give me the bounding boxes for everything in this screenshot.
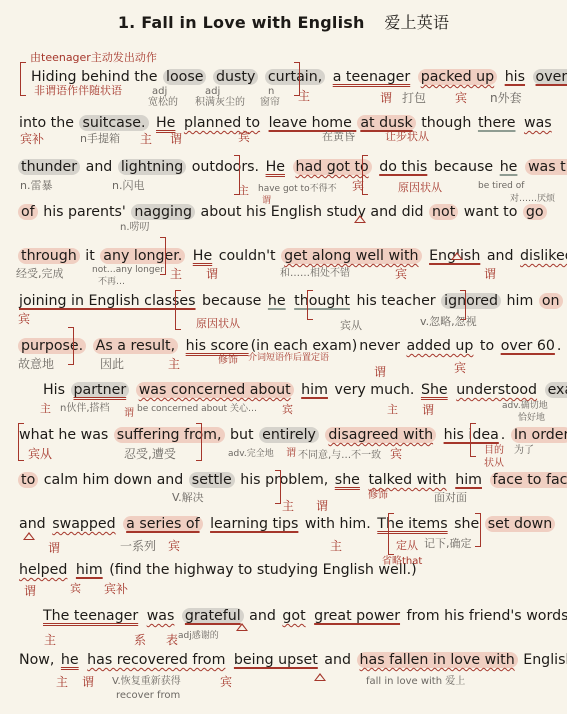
annotation: n.雷暴 [20, 180, 52, 192]
text-segment: Now, [18, 652, 60, 668]
annotation: 定从 [396, 540, 418, 552]
annotation: be tired of [478, 180, 524, 192]
marked-phrase: was [146, 608, 176, 624]
annotation: 省略that [382, 556, 422, 568]
sentence-line: of his parents' nagging about his Englis… [18, 202, 547, 222]
annotation: 故意地 [18, 358, 54, 370]
bracket-left [470, 423, 476, 457]
annotation: 宾 [282, 404, 293, 416]
bracket-right [275, 470, 281, 504]
marked-phrase: suitcase. [79, 115, 148, 131]
text-segment: (find the highway to studying English we… [104, 562, 418, 578]
marked-phrase: He [155, 115, 176, 131]
annotation: 主 [387, 404, 398, 416]
sentence-line: The teenager was grateful and got great … [42, 606, 567, 626]
annotation: 宾从 [340, 320, 362, 332]
annotation: 谓 [316, 500, 328, 512]
text-segment [286, 159, 293, 175]
annotation: 窗帘 [260, 97, 280, 109]
marked-phrase: of [18, 204, 38, 220]
marked-phrase: nagging [131, 204, 195, 220]
annotation: adj感谢的 [178, 630, 219, 642]
annotation: n外套 [490, 92, 522, 104]
marked-phrase: over 60 [500, 338, 556, 354]
annotation: 主 [168, 358, 180, 370]
marked-phrase: any longer. [100, 248, 185, 264]
text-segment [411, 69, 418, 85]
marked-phrase: grateful [182, 608, 244, 624]
marked-phrase: helped [18, 562, 68, 578]
marked-phrase: go [523, 204, 547, 220]
text-segment [325, 69, 332, 85]
marked-phrase: his [504, 69, 526, 85]
marked-phrase: suffering from, [114, 427, 225, 443]
annotation: 宾 [395, 268, 407, 280]
annotation: 谓 [422, 404, 434, 416]
marked-phrase: being upset [233, 652, 319, 668]
text-segment: his teacher [351, 293, 441, 309]
bracket-right [68, 327, 74, 365]
annotation: 宾从 [28, 448, 52, 460]
marked-phrase: he [60, 652, 80, 668]
annotation: 宾 [454, 362, 466, 374]
annotation: 恰好地 [518, 412, 545, 424]
text-segment: to [474, 338, 499, 354]
text-segment [129, 382, 136, 398]
annotation: 谓 [286, 448, 296, 460]
text-segment [68, 562, 75, 578]
sentence-line: through it any longer. He couldn't get a… [18, 246, 567, 266]
annotation: 面对面 [434, 492, 467, 504]
title-number: 1. [118, 13, 136, 32]
marked-phrase: got [281, 608, 306, 624]
annotation: n手提箱 [80, 133, 120, 145]
annotation: 非谓语作伴随状语 [34, 85, 122, 97]
annotation: 宾 [238, 131, 250, 143]
marked-phrase: set down [485, 516, 555, 532]
text-segment: and [80, 159, 118, 175]
text-segment [436, 427, 443, 443]
annotation: 主 [298, 90, 310, 102]
annotation: 谓 [48, 542, 60, 554]
marked-phrase: get along well with [281, 248, 421, 264]
annotation: n伙伴,搭档 [60, 403, 110, 415]
marked-phrase: ignored [441, 293, 501, 309]
text-segment: outdoors. [186, 159, 264, 175]
annotation: 不同意,与…不一致 [298, 450, 381, 462]
annotation: adv.完全地 [228, 448, 274, 460]
sentence-line: joining in English classes because he th… [18, 291, 563, 311]
marked-phrase: through [18, 248, 80, 264]
annotation: 原因状从 [196, 318, 240, 330]
bracket-left [388, 513, 394, 555]
marked-phrase: talked with [367, 472, 447, 488]
annotation: 谓 [262, 195, 271, 207]
annotation: 宽松的 [148, 97, 178, 109]
marked-phrase: swapped [51, 516, 116, 532]
sentence-line: His partner was concerned about him very… [42, 380, 567, 400]
bracket-left [20, 62, 26, 96]
annotation: 系 [134, 634, 146, 646]
annotation: 不再… [98, 276, 125, 288]
annotation: 一系列 [120, 540, 156, 552]
annotation: 宾补 [20, 133, 44, 145]
text-segment: calm him down and [38, 472, 189, 488]
annotation: 谓 [124, 408, 134, 420]
marked-phrase: loose [163, 69, 206, 85]
text-segment [261, 115, 268, 131]
text-segment: but [225, 427, 260, 443]
text-segment: . [500, 427, 511, 443]
marked-phrase: has recovered from [86, 652, 226, 668]
annotation: V.解决 [172, 492, 204, 504]
marked-phrase: added up [405, 338, 474, 354]
annotation: 记下,确定 [424, 538, 472, 550]
marked-phrase: dusty [213, 69, 258, 85]
title-chinese: 爱上英语 [384, 13, 449, 32]
annotation: 忍受,遭受 [124, 448, 176, 460]
annotation: 宾 [455, 92, 467, 104]
marked-phrase: face to face [490, 472, 567, 488]
marked-phrase: learning tips [209, 516, 299, 532]
marked-phrase: to [18, 472, 38, 488]
marked-phrase: a teenager [332, 69, 411, 85]
marked-phrase: at dusk [357, 115, 415, 131]
marked-phrase: not [429, 204, 458, 220]
text-segment: with him. [299, 516, 376, 532]
annotation: n.闪电 [112, 180, 144, 192]
text-segment: couldn't [213, 248, 281, 264]
text-segment: though [416, 115, 477, 131]
text-segment: want to [458, 204, 523, 220]
sentence-line: into the suitcase. He planned to leave h… [18, 113, 553, 133]
annotation: 谓 [380, 92, 392, 104]
annotation: 主 [330, 540, 342, 552]
annotation: 主 [40, 403, 51, 415]
text-segment: his problem, [235, 472, 334, 488]
text-segment: and [481, 248, 519, 264]
bracket-left [307, 290, 313, 320]
marked-phrase: In order [511, 427, 567, 443]
marked-phrase: do this [378, 159, 428, 175]
text-segment: His [42, 382, 71, 398]
annotation: 宾补 [104, 583, 128, 595]
marked-phrase: disliked [519, 248, 567, 264]
text-segment: and [319, 652, 357, 668]
annotation: 宾 [220, 676, 232, 688]
annotation: 主 [44, 634, 56, 646]
marked-phrase: He [265, 159, 286, 175]
marked-phrase: planned to [183, 115, 261, 131]
annotation: 谓 [374, 366, 386, 378]
text-segment [175, 608, 182, 624]
annotation: 谓 [206, 268, 218, 280]
text-segment: Hiding behind the [30, 69, 163, 85]
annotation: 经受,完成 [16, 268, 64, 280]
marked-phrase: He [192, 248, 213, 264]
marked-phrase: overcoat [533, 69, 567, 85]
marked-phrase: exactly [545, 382, 567, 398]
text-segment [86, 338, 93, 354]
text-segment [258, 69, 265, 85]
annotation: n.唠叨 [120, 222, 150, 234]
sentence-line: thunder and lightning outdoors. He had g… [18, 157, 567, 177]
marked-phrase: him [300, 382, 329, 398]
marked-phrase: him [454, 472, 483, 488]
annotation: 目的 [484, 445, 504, 457]
annotation: not…any longer [92, 264, 164, 276]
text-segment: about his English study and did [195, 204, 429, 220]
marked-phrase: he [499, 159, 519, 175]
marked-phrase: understood [455, 382, 538, 398]
annotation: 为了 [514, 445, 534, 457]
marked-phrase: was tired [525, 159, 567, 175]
annotation: 主 [238, 185, 249, 197]
marked-phrase: entirely [259, 427, 319, 443]
text-segment: because [428, 159, 498, 175]
annotation: 谓 [484, 268, 496, 280]
annotation: v.忽略,忽视 [420, 316, 477, 328]
marked-phrase: was [523, 115, 553, 131]
annotation: 在黄昏 [322, 131, 355, 143]
annotation: 表 [166, 634, 178, 646]
text-segment: it [80, 248, 101, 264]
annotation: 主 [170, 268, 182, 280]
marked-phrase: settle [189, 472, 235, 488]
annotation: 主 [282, 500, 294, 512]
annotation: recover from [116, 690, 180, 702]
text-segment [139, 608, 146, 624]
sentence-line: helped him (find the highway to studying… [18, 560, 418, 580]
annotation: have got to不得不 [258, 183, 337, 195]
marked-phrase: The teenager [42, 608, 139, 624]
marked-phrase: partner [71, 382, 130, 398]
marked-phrase: thunder [18, 159, 80, 175]
annotation: fall in love with 爱上 [366, 676, 465, 688]
marked-phrase: was concerned about [136, 382, 294, 398]
annotation: 和……相处不错 [280, 268, 350, 280]
conjunction-triangle-icon [354, 215, 366, 223]
annotation: 谓 [24, 585, 36, 597]
text-segment: his parents' [38, 204, 132, 220]
text-segment: and [18, 516, 51, 532]
annotation: 打包 [402, 92, 426, 104]
bracket-right [475, 513, 481, 547]
text-segment [178, 338, 185, 354]
marked-phrase: he [267, 293, 287, 309]
marked-phrase: packed up [418, 69, 497, 85]
annotation: adv.确切地 [502, 400, 548, 412]
text-segment: and [244, 608, 282, 624]
marked-phrase: lightning [118, 159, 186, 175]
conjunction-triangle-icon [236, 623, 248, 631]
annotation: 介词短语作后置定语 [248, 352, 329, 364]
annotation: 谓 [82, 676, 94, 688]
text-segment: very much. [329, 382, 420, 398]
text-segment: into the [18, 115, 79, 131]
annotation: V.恢复重新获得 [112, 676, 181, 688]
text-segment [497, 69, 504, 85]
text-segment [518, 159, 525, 175]
marked-phrase: disagreed with [325, 427, 436, 443]
sentence-line: Now, he has recovered from being upset a… [18, 650, 567, 670]
annotation: 积满灰尘的 [195, 97, 245, 109]
text-segment [538, 382, 545, 398]
marked-phrase: had got to [293, 159, 372, 175]
text-segment [483, 472, 490, 488]
title-english: Fall in Love with English [141, 13, 364, 32]
text-segment: . [556, 338, 563, 354]
marked-phrase: joining in English classes [18, 293, 197, 309]
annotation: 宾 [390, 448, 402, 460]
annotation: 状从 [484, 458, 504, 470]
marked-phrase: thought [293, 293, 351, 309]
annotation: 让步状从 [385, 131, 429, 143]
marked-phrase: has fallen in love with [357, 652, 518, 668]
text-segment: because [197, 293, 267, 309]
marked-phrase: him [75, 562, 104, 578]
text-segment: English. [518, 652, 567, 668]
annotation: 谓 [170, 133, 182, 145]
text-segment: from his friend's words. [401, 608, 567, 624]
annotation: 修饰 [218, 355, 238, 367]
text-segment [226, 652, 233, 668]
annotation: 宾 [352, 180, 364, 192]
text-segment: him [501, 293, 539, 309]
text-segment [185, 248, 192, 264]
annotation: 因此 [100, 358, 124, 370]
annotation: 主 [56, 676, 68, 688]
annotation: 宾 [18, 313, 30, 325]
marked-phrase: great power [313, 608, 401, 624]
marked-phrase: on [539, 293, 563, 309]
marked-phrase: his score [185, 338, 250, 354]
text-segment [526, 69, 533, 85]
annotation: 原因状从 [398, 182, 442, 194]
text-segment [176, 115, 183, 131]
marked-phrase: She [420, 382, 449, 398]
bracket-right [196, 423, 202, 461]
page-title: 1. Fall in Love with English 爱上英语 [0, 10, 567, 33]
annotation: 宾 [70, 583, 81, 595]
annotation: 由teenager主动发出动作 [30, 52, 157, 64]
annotation: 主 [140, 133, 152, 145]
bracket-left [175, 290, 181, 330]
sentence-line: to calm him down and settle his problem,… [18, 470, 567, 490]
bracket-left [18, 423, 24, 461]
conjunction-triangle-icon [451, 252, 463, 260]
marked-phrase: As a result, [93, 338, 178, 354]
conjunction-triangle-icon [23, 532, 35, 540]
marked-phrase: there [477, 115, 517, 131]
conjunction-triangle-icon [314, 673, 326, 681]
marked-phrase: she [334, 472, 361, 488]
annotation: 对……厌烦 [510, 193, 555, 205]
marked-phrase: leave home [268, 115, 358, 131]
text-segment: never [358, 338, 405, 354]
marked-phrase: purpose. [18, 338, 86, 354]
annotation: be concerned about 关心… [137, 403, 257, 415]
text-segment: what he was [18, 427, 114, 443]
sentence-line: what he was suffering from, but entirely… [18, 425, 567, 445]
annotation: 宾 [168, 540, 180, 552]
marked-phrase: a series of [123, 516, 202, 532]
annotation: 修饰 [368, 490, 388, 502]
